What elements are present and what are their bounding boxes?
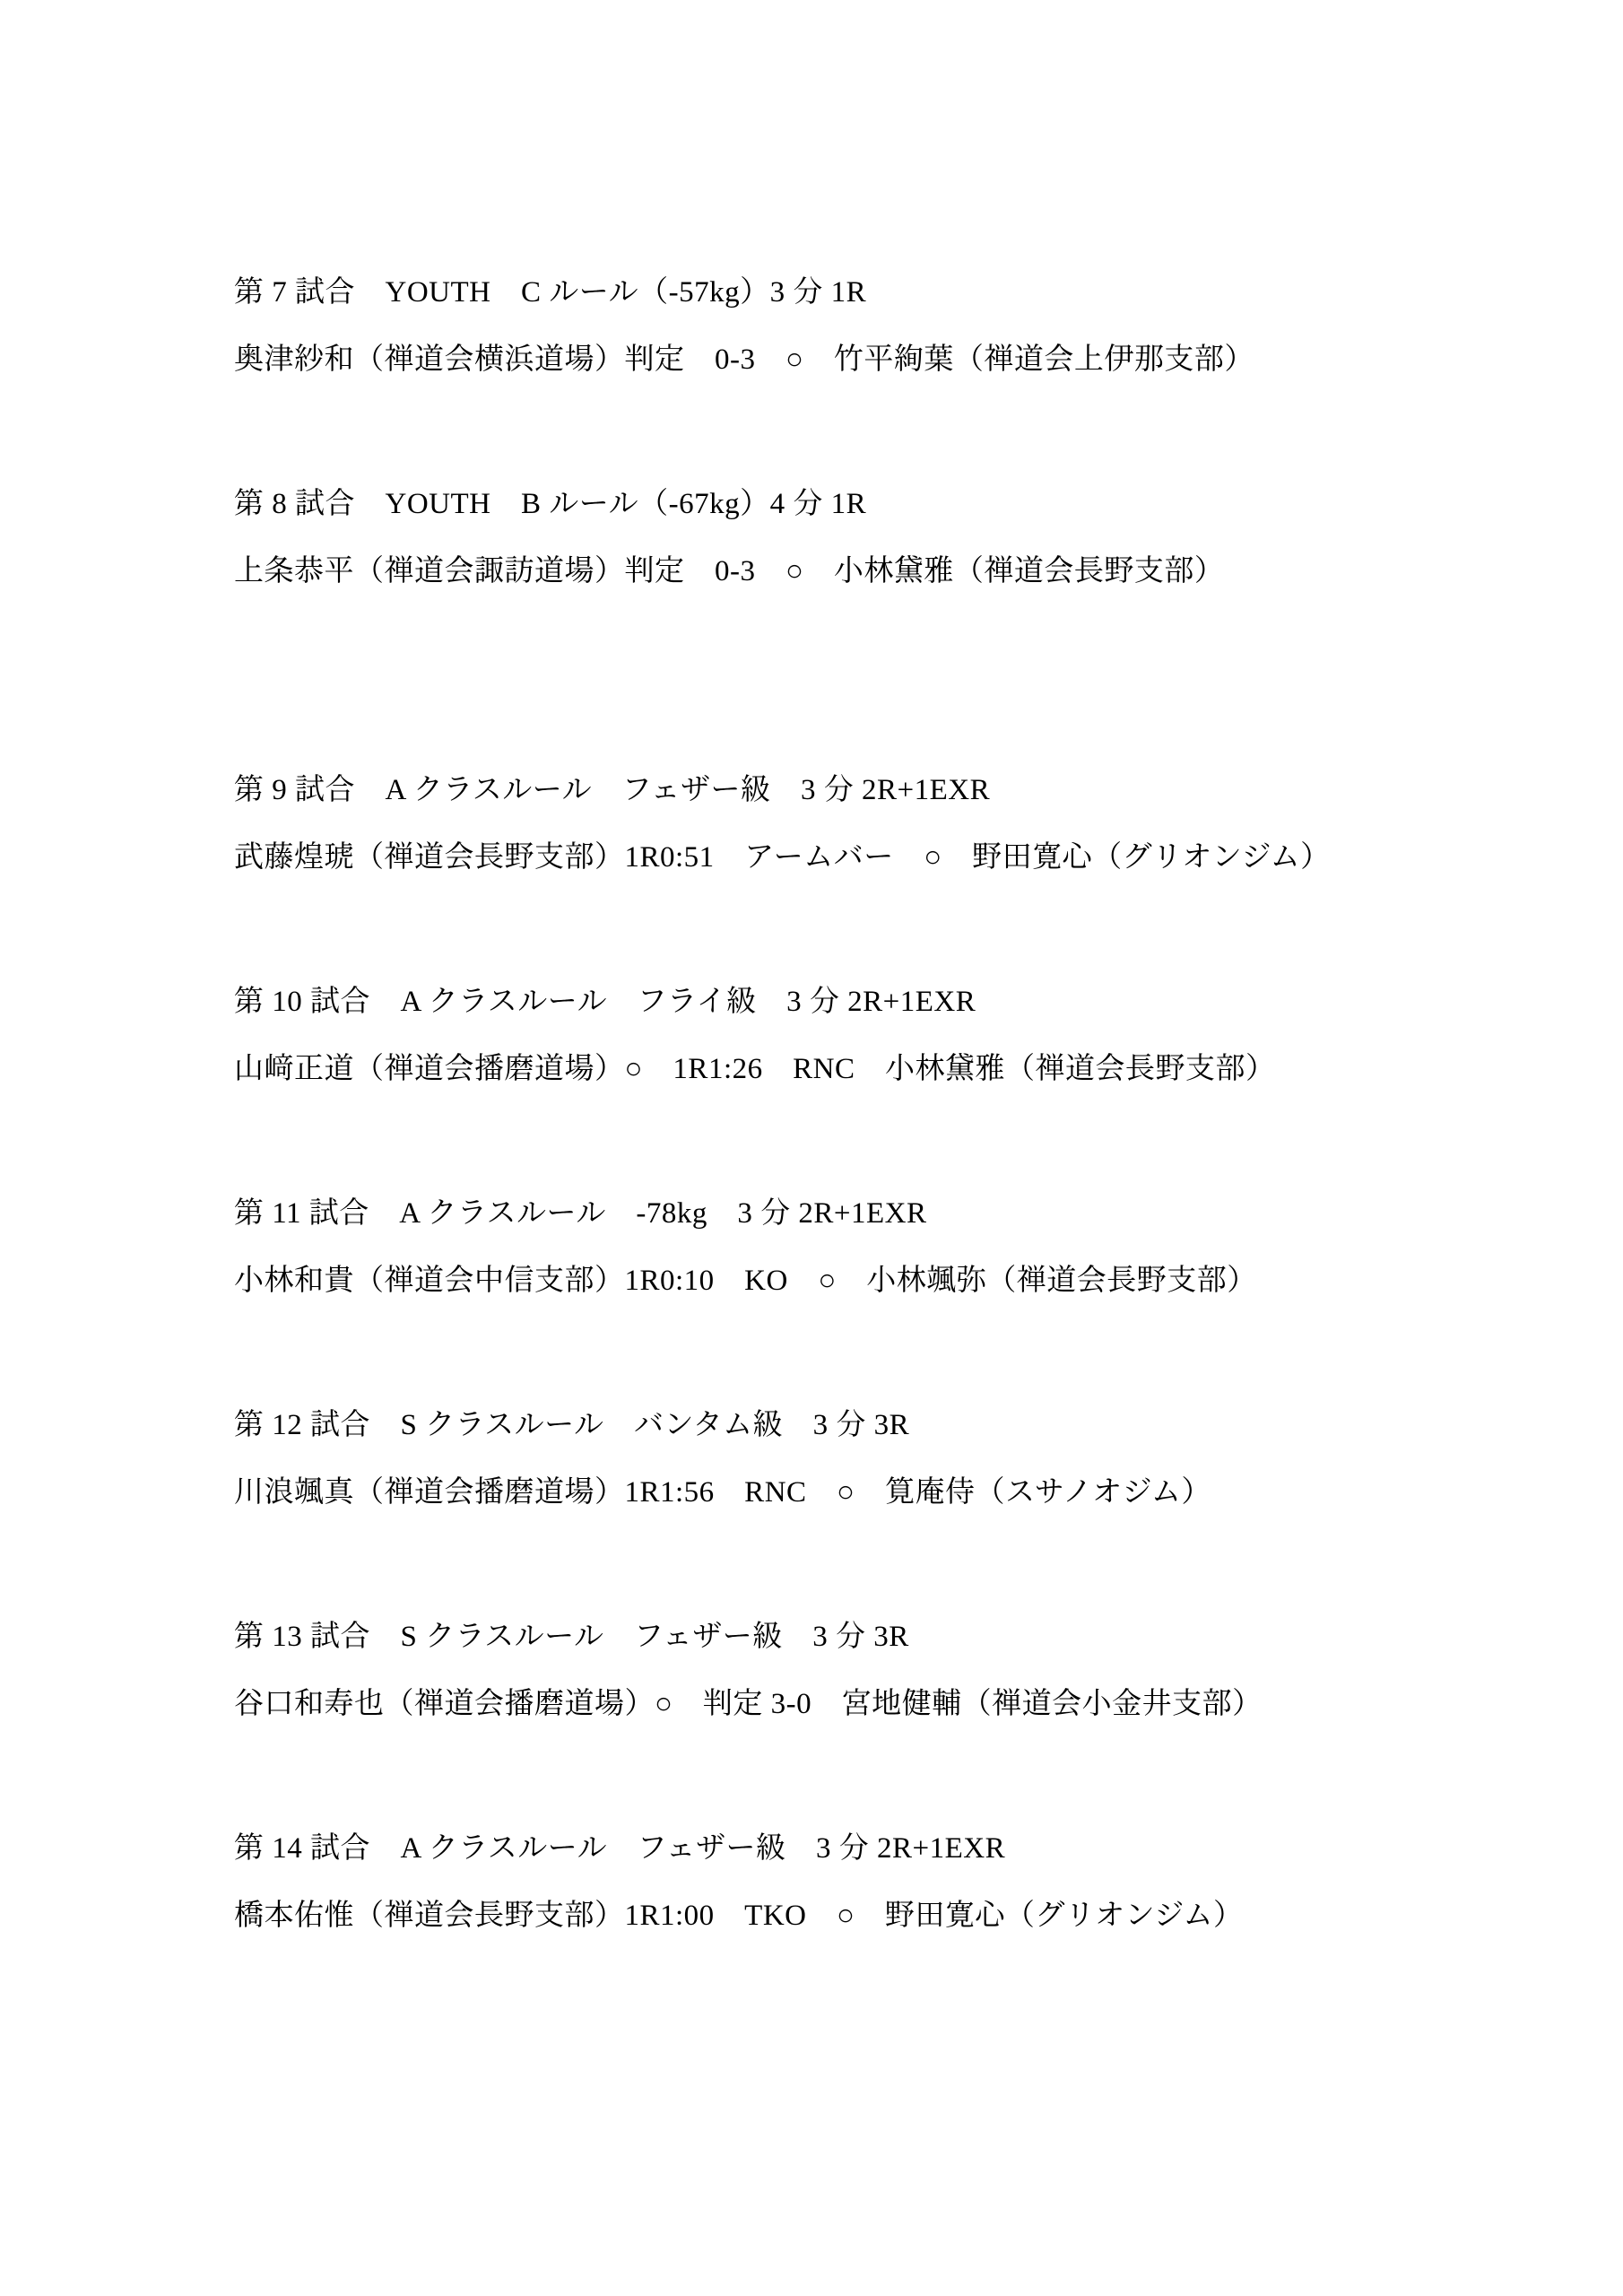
match-header: 第 12 試合 S クラスルール バンタム級 3 分 3R xyxy=(234,1407,1569,1443)
match-result: 上条恭平（禅道会諏訪道場）判定 0-3 ○ 小林黛雅（禅道会長野支部） xyxy=(234,553,1569,589)
match-block-8: 第 8 試合 YOUTH B ルール（-67kg）4 分 1R 上条恭平（禅道会… xyxy=(234,486,1569,589)
match-block-12: 第 12 試合 S クラスルール バンタム級 3 分 3R 川浪颯真（禅道会播磨… xyxy=(234,1407,1569,1510)
match-header: 第 9 試合 A クラスルール フェザー級 3 分 2R+1EXR xyxy=(234,772,1569,808)
match-block-13: 第 13 試合 S クラスルール フェザー級 3 分 3R 谷口和寿也（禅道会播… xyxy=(234,1619,1569,1722)
match-header: 第 13 試合 S クラスルール フェザー級 3 分 3R xyxy=(234,1619,1569,1655)
match-block-11: 第 11 試合 A クラスルール -78kg 3 分 2R+1EXR 小林和貴（… xyxy=(234,1196,1569,1299)
match-result: 武藤煌琥（禅道会長野支部）1R0:51 アームバー ○ 野田寛心（グリオンジム） xyxy=(234,839,1569,875)
match-result: 川浪颯真（禅道会播磨道場）1R1:56 RNC ○ 筧庵侍（スサノオジム） xyxy=(234,1474,1569,1510)
match-block-7: 第 7 試合 YOUTH C ルール（-57kg）3 分 1R 奥津紗和（禅道会… xyxy=(234,274,1569,378)
match-block-14: 第 14 試合 A クラスルール フェザー級 3 分 2R+1EXR 橋本佑惟（… xyxy=(234,1831,1569,1934)
match-result: 橋本佑惟（禅道会長野支部）1R1:00 TKO ○ 野田寛心（グリオンジム） xyxy=(234,1898,1569,1934)
match-result: 小林和貴（禅道会中信支部）1R0:10 KO ○ 小林颯弥（禅道会長野支部） xyxy=(234,1263,1569,1299)
match-header: 第 7 試合 YOUTH C ルール（-57kg）3 分 1R xyxy=(234,274,1569,310)
document-page: 第 7 試合 YOUTH C ルール（-57kg）3 分 1R 奥津紗和（禅道会… xyxy=(0,0,1623,2296)
match-result: 山﨑正道（禅道会播磨道場）○ 1R1:26 RNC 小林黛雅（禅道会長野支部） xyxy=(234,1051,1569,1087)
match-block-9: 第 9 試合 A クラスルール フェザー級 3 分 2R+1EXR 武藤煌琥（禅… xyxy=(234,698,1569,875)
match-block-10: 第 10 試合 A クラスルール フライ級 3 分 2R+1EXR 山﨑正道（禅… xyxy=(234,984,1569,1087)
match-header: 第 10 試合 A クラスルール フライ級 3 分 2R+1EXR xyxy=(234,984,1569,1020)
match-result: 谷口和寿也（禅道会播磨道場）○ 判定 3-0 宮地健輔（禅道会小金井支部） xyxy=(234,1686,1569,1722)
match-header: 第 11 試合 A クラスルール -78kg 3 分 2R+1EXR xyxy=(234,1196,1569,1231)
match-header: 第 14 試合 A クラスルール フェザー級 3 分 2R+1EXR xyxy=(234,1831,1569,1866)
match-header: 第 8 試合 YOUTH B ルール（-67kg）4 分 1R xyxy=(234,486,1569,522)
match-result: 奥津紗和（禅道会横浜道場）判定 0-3 ○ 竹平絢葉（禅道会上伊那支部） xyxy=(234,342,1569,378)
